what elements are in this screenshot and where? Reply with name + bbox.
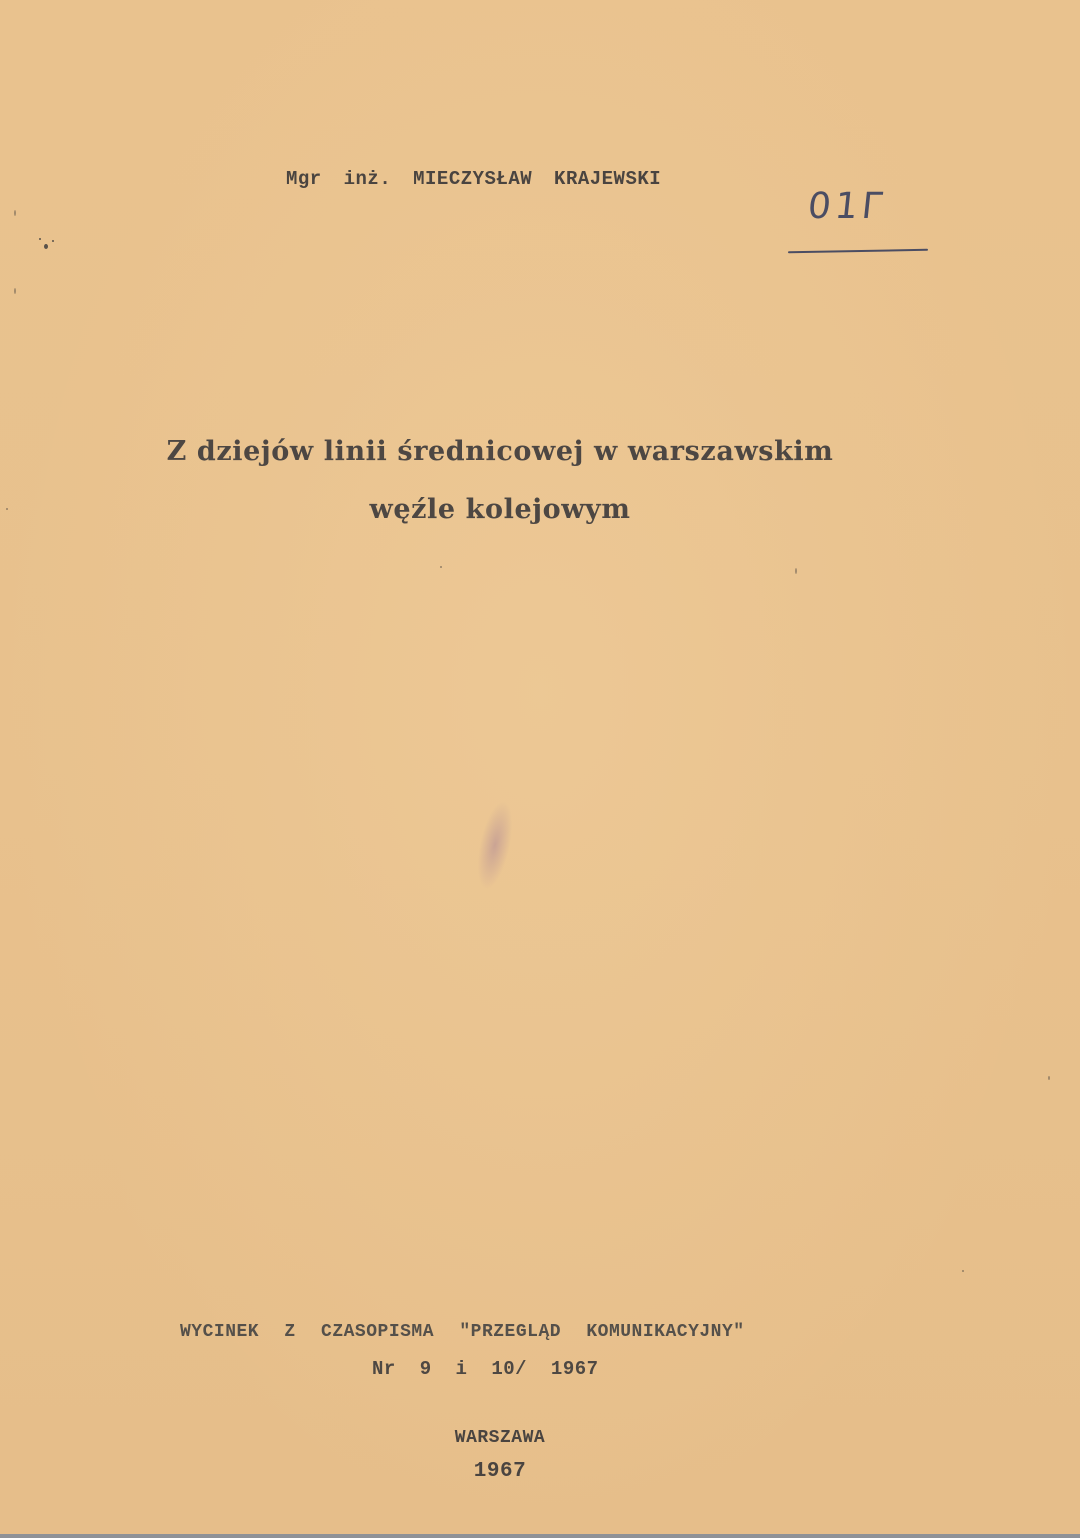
paper-speck [52,240,54,242]
handwritten-catalog-mark: 01Γ [806,186,888,227]
title-line-2: węźle kolejowym [0,494,1000,525]
paper-speck [795,568,797,574]
publication-year: 1967 [0,1460,1000,1483]
paper-speck [14,210,16,216]
title-line-1: Z dziejów linii średnicowej w warszawski… [0,436,1000,467]
source-line-1: WYCINEK Z CZASOPISMA "PRZEGLĄD KOMUNIKAC… [180,1322,745,1342]
paper-speck [962,1270,964,1272]
paper-speck [44,244,48,249]
scan-bottom-edge [0,1534,1080,1538]
document-cover-page: Mgr inż. MIECZYSŁAW KRAJEWSKI 01Γ Z dzie… [0,0,1080,1538]
paper-speck [440,566,442,568]
source-line-2: Nr 9 i 10/ 1967 [372,1358,599,1380]
paper-speck [6,508,8,510]
publication-place: WARSZAWA [0,1428,1000,1448]
author-line: Mgr inż. MIECZYSŁAW KRAJEWSKI [286,168,661,190]
paper-speck [14,288,16,294]
paper-speck [39,238,41,240]
paper-speck [1048,1076,1050,1080]
faded-stamp-mark [471,798,519,892]
handwritten-underline [788,249,928,253]
